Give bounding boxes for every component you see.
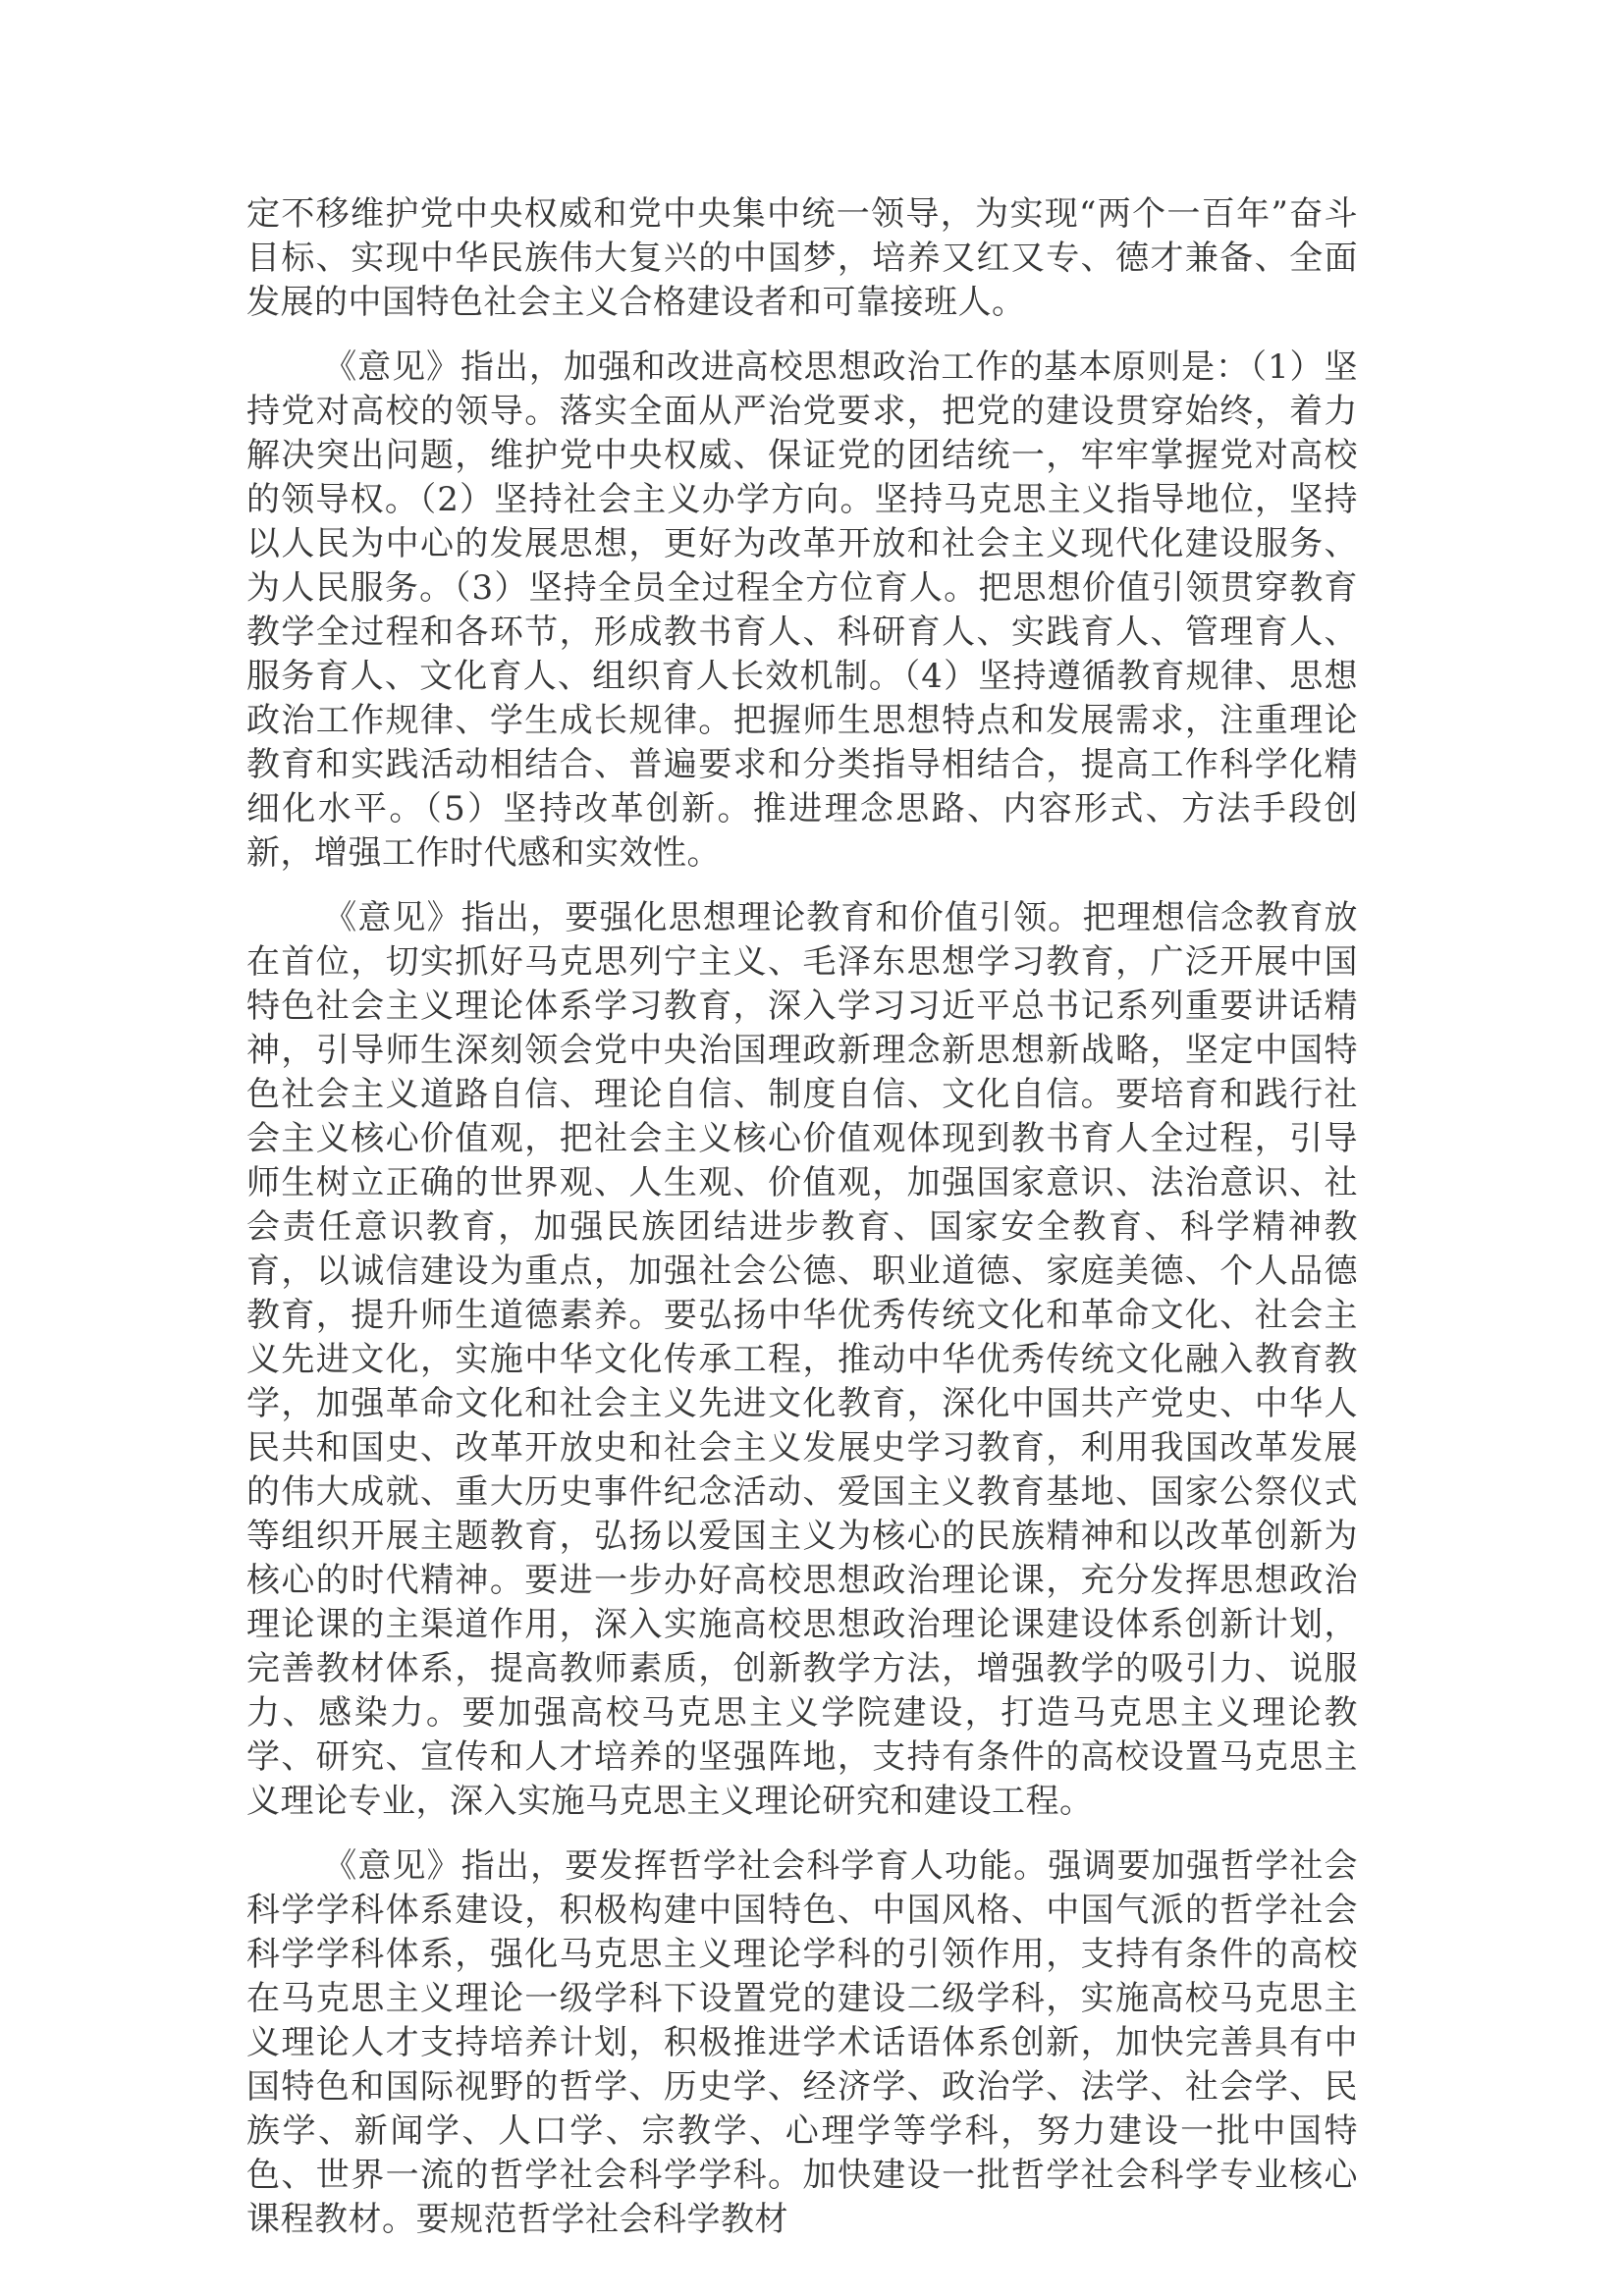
document-page: 定不移维护党中央权威和党中央集中统一领导，为实现“两个一百年”奋斗目标、实现中华… xyxy=(0,0,1624,2296)
paragraph-continuation: 定不移维护党中央权威和党中央集中统一领导，为实现“两个一百年”奋斗目标、实现中华… xyxy=(246,192,1358,325)
paragraph-ideological-education: 《意见》指出，要强化思想理论教育和价值引领。把理想信念教育放在首位，切实抓好马克… xyxy=(246,896,1358,1824)
paragraph-philosophy-social-science: 《意见》指出，要发挥哲学社会科学育人功能。强调要加强哲学社会科学学科体系建设，积… xyxy=(246,1844,1358,2242)
paragraph-basic-principles: 《意见》指出，加强和改进高校思想政治工作的基本原则是：（1）坚持党对高校的领导。… xyxy=(246,346,1358,876)
document-body: 定不移维护党中央权威和党中央集中统一领导，为实现“两个一百年”奋斗目标、实现中华… xyxy=(246,192,1358,2263)
